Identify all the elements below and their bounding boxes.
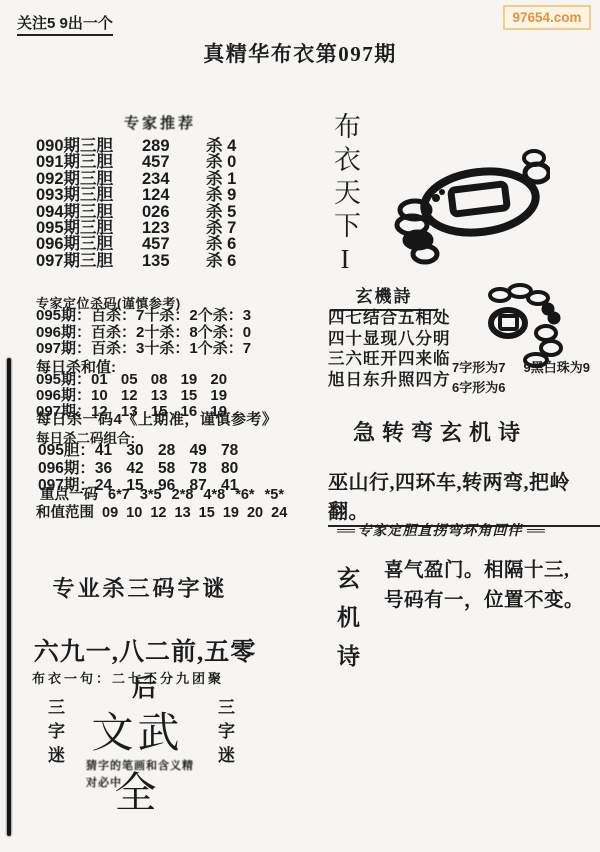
number-cell: 457 [142, 236, 206, 252]
period-cell: 092期三胆 [36, 171, 142, 187]
double-line-deco-right: ══ [527, 524, 543, 539]
poem-line: 喜气盈门。相隔十三, [384, 556, 584, 586]
caption-7: 7字形为7 [452, 360, 505, 375]
table-row: 093期三胆124杀 9 [36, 187, 266, 203]
poem-line: 四七结合五相处 [328, 308, 451, 329]
table-row: 091期三胆457杀 0 [36, 154, 266, 170]
number-cell: 135 [142, 253, 206, 269]
period-cell: 091期三胆 [36, 154, 142, 170]
three-char-riddle-label-left: 三字迷 [42, 698, 67, 808]
list-item: 096期：10 12 13 15 19 [36, 388, 227, 404]
caption-6: 6字形为6 [452, 378, 590, 398]
list-item: 096期：36 42 58 78 80 [38, 460, 238, 478]
riddle-hint-text: 猜字的笔画和含义精 对必中 [86, 758, 194, 792]
table-row: 095期三胆123杀 7 [36, 220, 266, 236]
caption-9: 9黑白珠为9 [523, 360, 589, 375]
period-cell: 093期三胆 [36, 187, 142, 203]
expert-footer-line: ══ 专家定胆直拐弯环角回伴 ══ [310, 520, 570, 540]
period-cell: 094期三胆 [36, 204, 142, 220]
expert-footer-text: 专家定胆直拐弯环角回伴 [358, 524, 523, 539]
number-cell: 457 [142, 154, 206, 170]
period-cell: 095期三胆 [36, 220, 142, 236]
table-row: 097期三胆135杀 6 [36, 253, 266, 269]
lottery-sheet-page: 关注5 9出一个 97654.com 真精华布衣第097期 专家推荐 090期三… [0, 0, 600, 852]
sharp-turn-poem-line: 巫山行,四环车,转两弯,把岭翻。 [328, 466, 600, 527]
poem-line: 四十显现八分明 [328, 329, 451, 350]
top-note: 关注5 9出一个 [17, 12, 113, 36]
riddle-hint-line1: 猜字的笔画和含义精 [86, 758, 194, 775]
daily-kill-one-line: 每日杀一码4《上期准，谨慎参考》 [36, 408, 277, 429]
xuanji-poem-title: 玄機詩 [330, 282, 438, 311]
recommend-table: 090期三胆289杀 4 091期三胆457杀 0 092期三胆234杀 1 0… [36, 138, 266, 269]
period-cell: 097期三胆 [36, 253, 142, 269]
recommend-section-title: 专家推荐 [100, 112, 220, 133]
watermark-badge[interactable]: 97654.com [503, 5, 591, 30]
table-row: 094期三胆026杀 5 [36, 204, 266, 220]
three-code-riddle-title: 专业杀三码字谜 [30, 572, 250, 603]
list-item: 095期：百杀：7十杀：2个杀：3 [36, 308, 251, 325]
xuanji-poem: 四七结合五相处 四十显现八分明 三六旺开四来临 旭日东升照四方 [328, 308, 451, 390]
position-kill-rows: 095期：百杀：7十杀：2个杀：3 096期：百杀：2十杀：8个杀：0 097期… [36, 308, 251, 358]
poem-line: 旭日东升照四方 [328, 370, 451, 391]
shape-captions: 7字形为79黑白珠为9 6字形为6 [452, 358, 590, 398]
table-row: 096期三胆457杀 6 [36, 236, 266, 252]
period-cell: 096期三胆 [36, 236, 142, 252]
kill-cell: 杀 6 [206, 236, 266, 252]
xuanji-poem2-vertical-label: 玄机诗 [330, 566, 363, 726]
period-cell: 090期三胆 [36, 138, 142, 154]
scan-edge-line [7, 358, 11, 836]
number-cell: 289 [142, 138, 206, 154]
kill-cell: 杀 7 [206, 220, 266, 236]
kill-cell: 杀 0 [206, 154, 266, 170]
buyi-sentence: 布衣一句：二七不分九团聚 [32, 668, 224, 687]
kill-cell: 杀 9 [206, 187, 266, 203]
page-title: 真精华布衣第097期 [0, 38, 600, 68]
table-row: 090期三胆289杀 4 [36, 138, 266, 154]
number-cell: 026 [142, 204, 206, 220]
list-item: 095胆：41 30 28 49 78 [38, 442, 238, 460]
xuanji-poem2: 喜气盈门。相隔十三, 号码有一，位置不变。 [384, 556, 584, 616]
kill-cell: 杀 5 [206, 204, 266, 220]
table-row: 092期三胆234杀 1 [36, 171, 266, 187]
double-line-deco-left: ══ [337, 524, 353, 539]
number-cell: 123 [142, 220, 206, 236]
kill-cell: 杀 6 [206, 253, 266, 269]
riddle-hint-line2: 对必中 [86, 775, 194, 792]
list-item: 096期：百杀：2十杀：8个杀：0 [36, 325, 251, 342]
number-cell: 234 [142, 171, 206, 187]
coin-ink-illustration [390, 140, 550, 270]
caption-row: 7字形为79黑白珠为9 [452, 358, 590, 378]
three-char-riddle-label-right: 三字迷 [212, 698, 237, 808]
poem-line: 三六旺开四来临 [328, 349, 451, 370]
number-cell: 124 [142, 187, 206, 203]
kill-cell: 杀 1 [206, 171, 266, 187]
list-item: 095期：01 05 08 19 20 [36, 372, 227, 388]
kill-cell: 杀 4 [206, 138, 266, 154]
sum-range-line: 和值范围 09 10 12 13 15 19 20 24 [36, 501, 287, 522]
sharp-turn-poem-title: 急转弯玄机诗 [310, 416, 570, 447]
poem-line: 号码有一，位置不变。 [384, 586, 584, 616]
